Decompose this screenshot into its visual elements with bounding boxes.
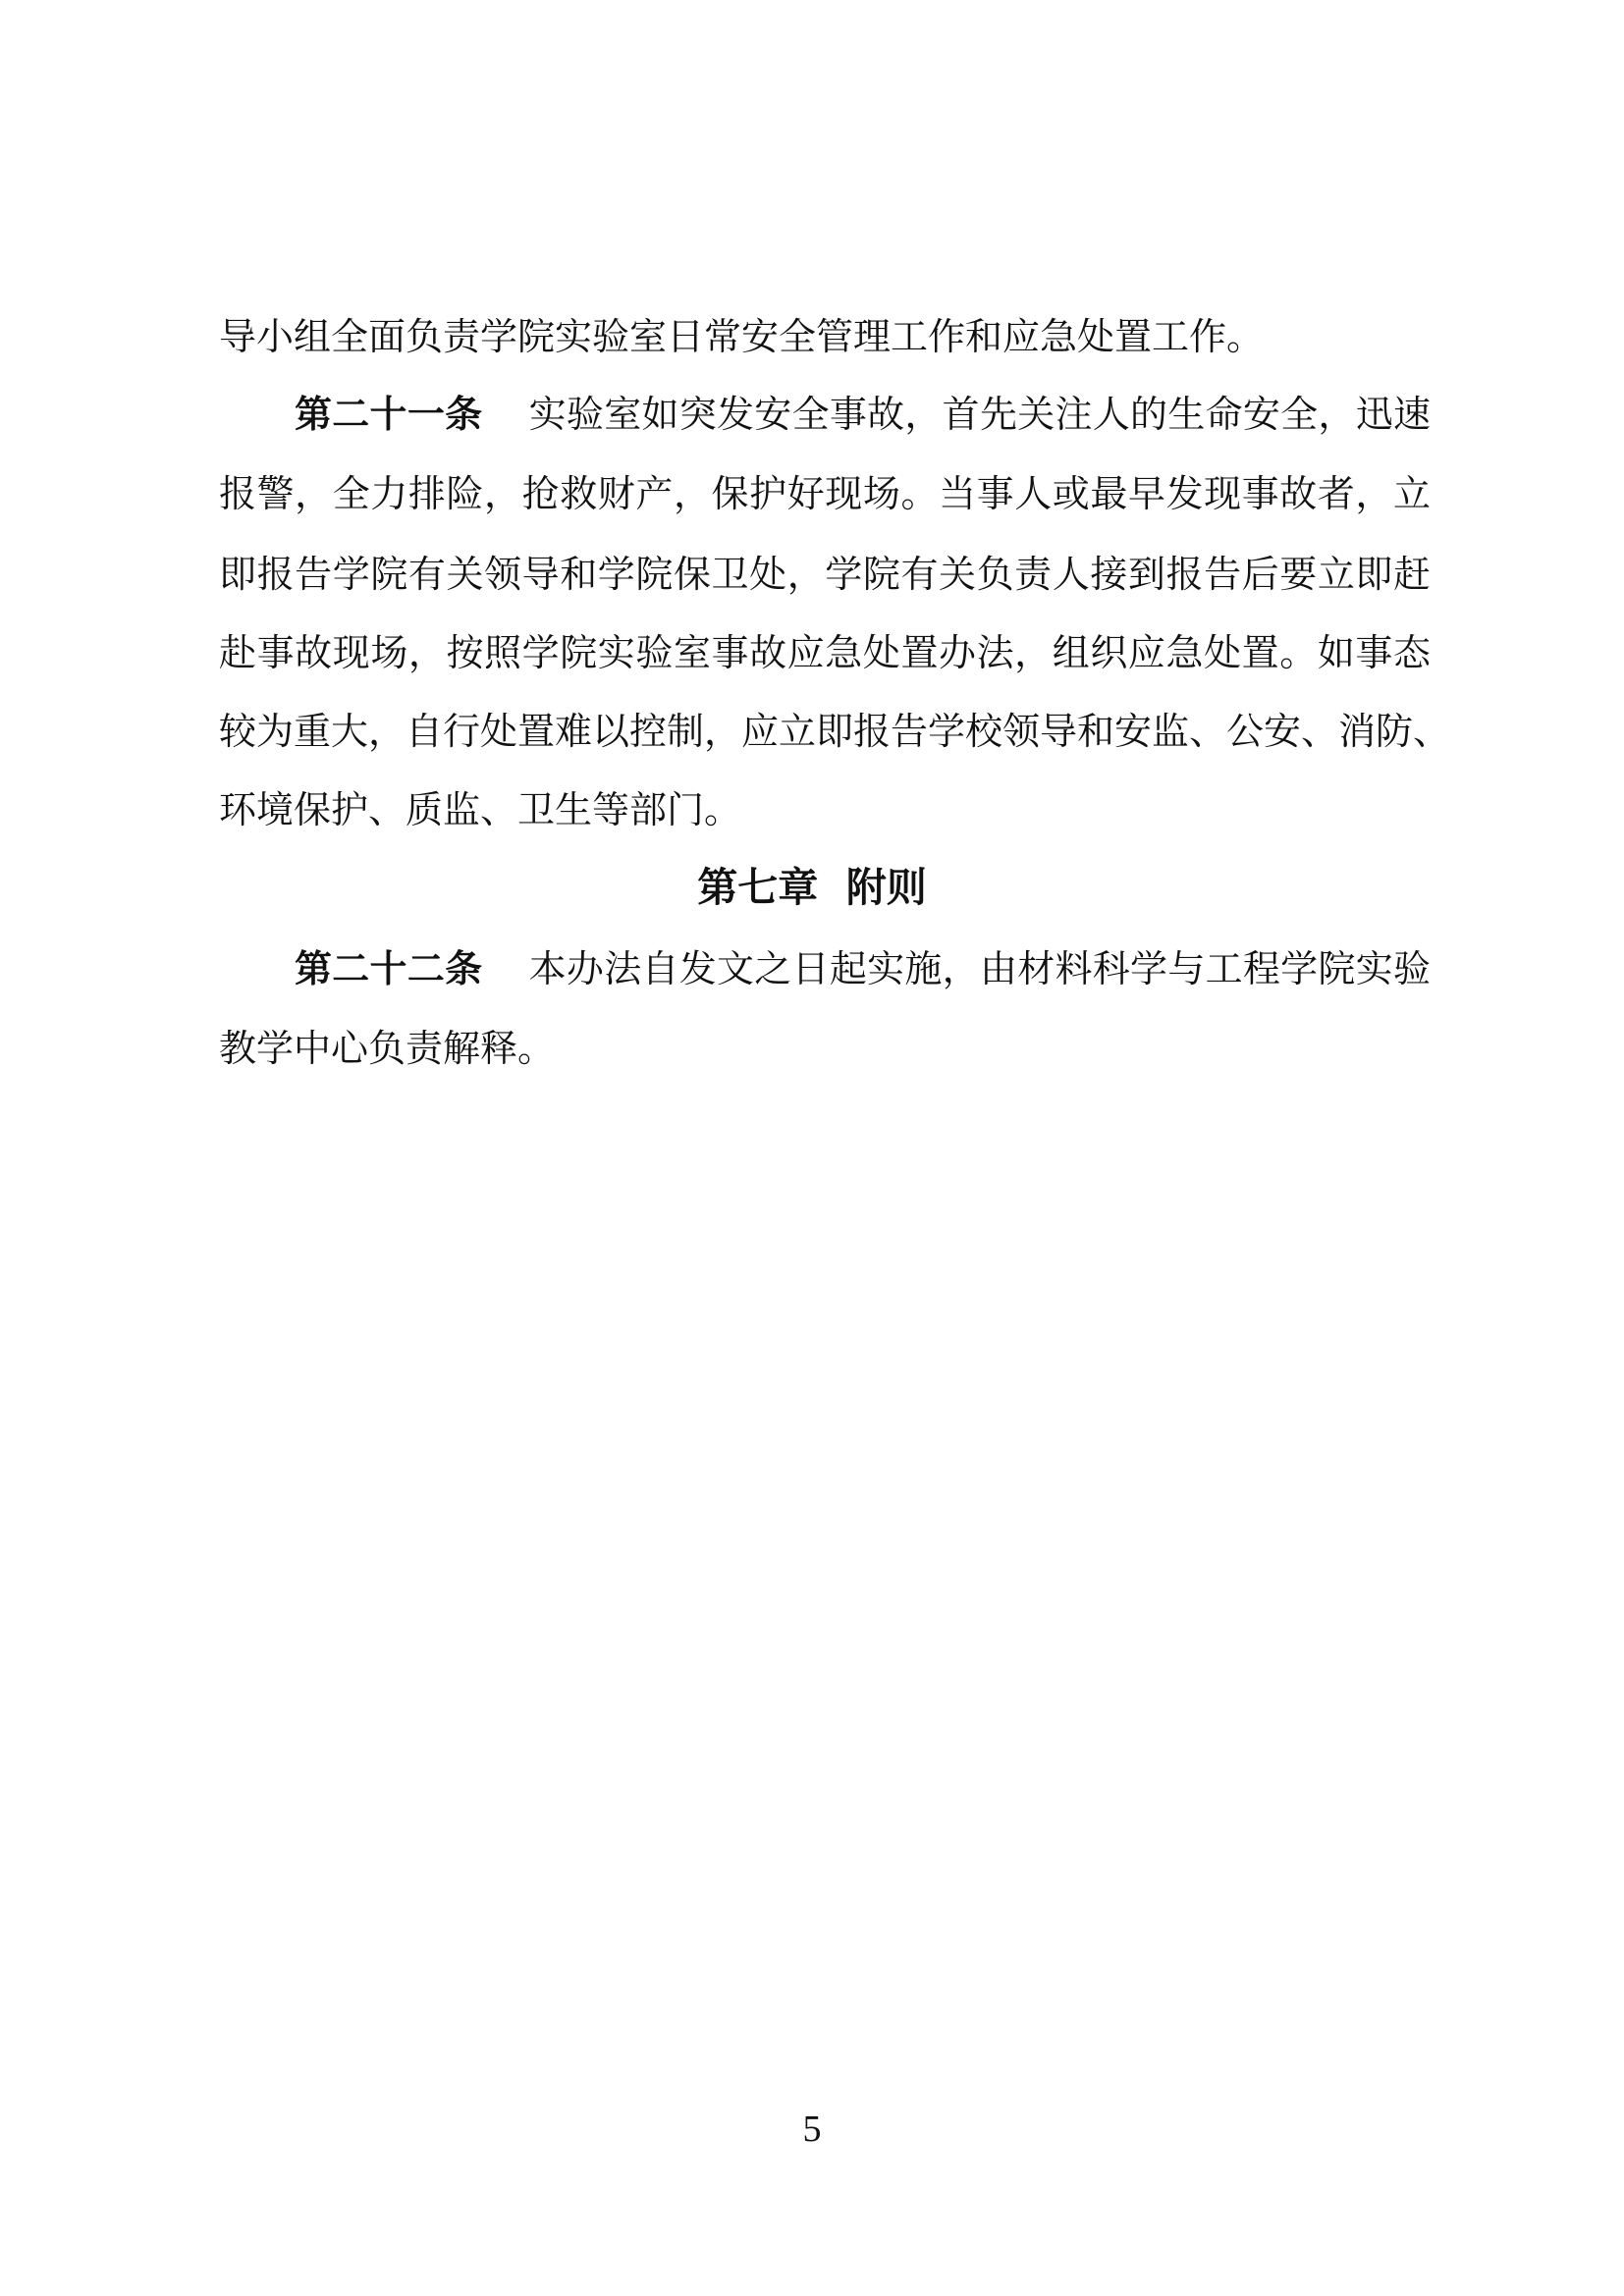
article-21-line: 报警，全力排险，抢救财产，保护好现场。当事人或最早发现事故者，立 [219, 454, 1431, 533]
article-22-line: 教学中心负责解释。 [219, 1009, 1431, 1088]
article-21-text: 实验室如突发安全事故，首先关注人的生命安全，迅速 [528, 393, 1431, 436]
article-21-line: 即报告学院有关领导和学院保卫处，学院有关负责人接到报告后要立即赶 [219, 535, 1431, 614]
document-page: 导小组全面负责学院实验室日常安全管理工作和应急处置工作。 第二十一条实验室如突发… [0, 0, 1624, 2296]
paragraph-line: 导小组全面负责学院实验室日常安全管理工作和应急处置工作。 [219, 297, 1431, 376]
page-number: 5 [0, 2105, 1624, 2154]
article-21-first-line: 第二十一条实验室如突发安全事故，首先关注人的生命安全，迅速 [295, 375, 1431, 454]
article-22-first-line: 第二十二条本办法自发文之日起实施，由材料科学与工程学院实验 [295, 930, 1431, 1008]
article-22-text: 本办法自发文之日起实施，由材料科学与工程学院实验 [528, 947, 1431, 990]
article-21-label: 第二十一条 [295, 392, 482, 436]
article-21-line: 环境保护、质监、卫生等部门。 [219, 771, 1431, 849]
chapter-heading: 第七章 附则 [0, 848, 1624, 927]
article-21-line: 较为重大，自行处置难以控制，应立即报告学校领导和安监、公安、消防、 [219, 692, 1431, 771]
article-21-line: 赴事故现场，按照学院实验室事故应急处置办法，组织应急处置。如事态 [219, 614, 1431, 692]
article-22-label: 第二十二条 [295, 946, 482, 990]
